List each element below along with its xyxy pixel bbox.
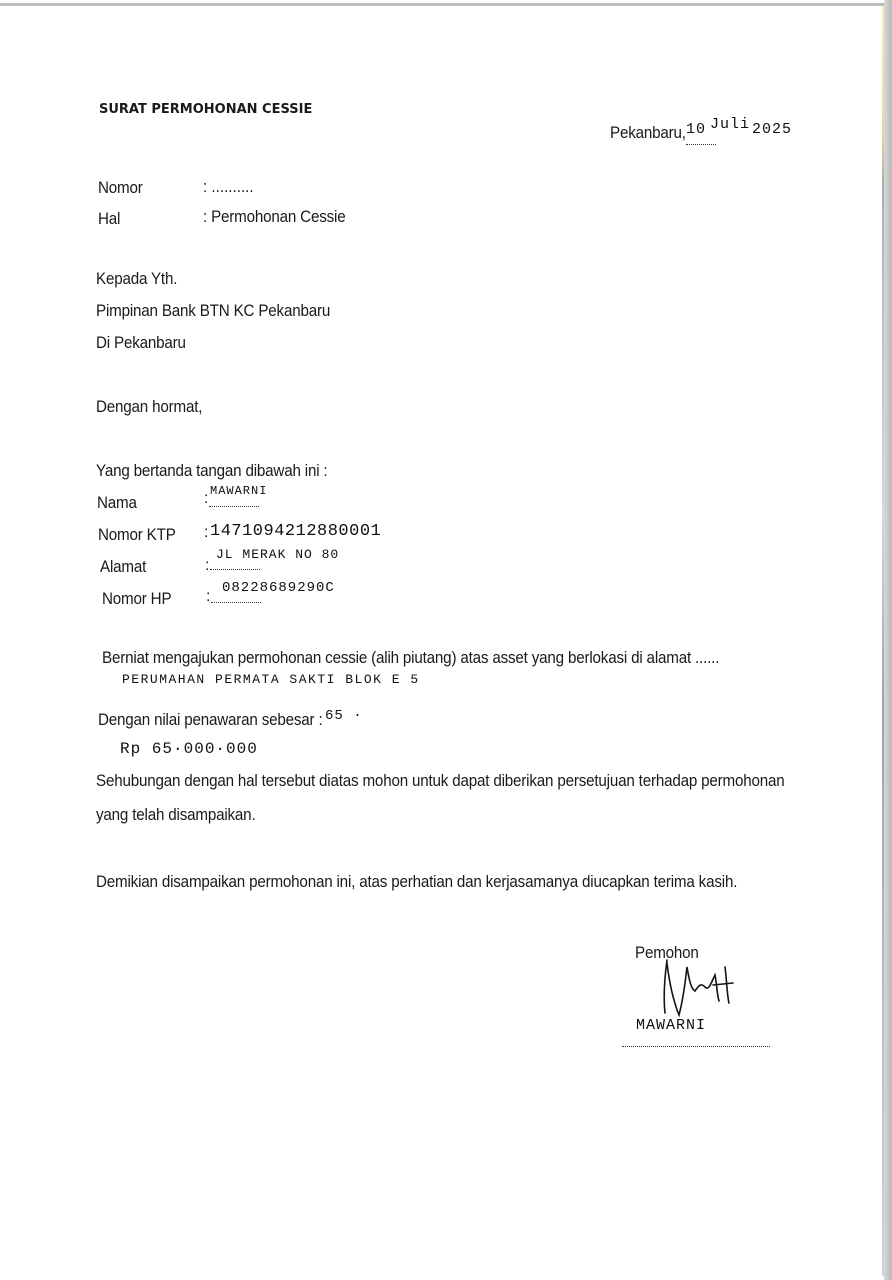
nomor-value: : .......... xyxy=(203,178,254,197)
date-dotted-line xyxy=(686,144,716,145)
ktp-value: 1471094212880001 xyxy=(210,522,381,541)
hp-colon: : xyxy=(206,588,210,606)
alamat-value: JL MERAK NO 80 xyxy=(216,547,339,562)
intent-text: Berniat mengajukan permohonan cessie (al… xyxy=(102,649,719,668)
ktp-colon: : xyxy=(204,524,208,542)
asset-address: PERUMAHAN PERMATA SAKTI BLOK E 5 xyxy=(122,672,420,687)
nama-colon: : xyxy=(204,490,208,508)
intro-text: Yang bertanda tangan dibawah ini : xyxy=(96,462,327,481)
hp-dotted-line xyxy=(211,602,261,603)
alamat-dotted-line xyxy=(210,569,260,570)
signature-name: MAWARNI xyxy=(636,1017,706,1034)
nama-dotted-line xyxy=(209,506,259,507)
alamat-label: Alamat xyxy=(100,558,146,577)
ktp-label: Nomor KTP xyxy=(98,526,176,545)
date-day: 10 xyxy=(686,121,706,138)
hp-value: 08228689290C xyxy=(222,580,335,596)
request-line-2: yang telah disampaikan. xyxy=(96,806,255,825)
nomor-label: Nomor xyxy=(98,179,143,198)
recipient-line-3: Di Pekanbaru xyxy=(96,334,186,353)
nama-label: Nama xyxy=(97,494,137,513)
salutation: Dengan hormat, xyxy=(96,398,202,417)
place-label: Pekanbaru, xyxy=(610,124,686,143)
signature-dotted-line xyxy=(622,1046,770,1047)
date-month: Juli xyxy=(710,116,750,133)
signature-icon xyxy=(655,955,745,1025)
hp-label: Nomor HP xyxy=(102,590,171,609)
recipient-line-1: Kepada Yth. xyxy=(96,270,177,289)
letter-title: SURAT PERMOHONAN CESSIE xyxy=(99,102,312,117)
offer-label: Dengan nilai penawaran sebesar : xyxy=(98,711,323,730)
date-year: 2025 xyxy=(752,121,792,138)
hal-value: : Permohonan Cessie xyxy=(203,208,345,227)
offer-amount: Rp 65·000·000 xyxy=(120,740,258,758)
nama-value: MAWARNI xyxy=(210,484,267,498)
closing-text: Demikian disampaikan permohonan ini, ata… xyxy=(96,873,737,892)
alamat-colon: : xyxy=(205,557,209,575)
page-top-edge xyxy=(0,3,892,6)
request-line-1: Sehubungan dengan hal tersebut diatas mo… xyxy=(96,772,785,791)
hal-label: Hal xyxy=(98,210,120,229)
offer-short: 65 · xyxy=(325,708,363,724)
recipient-line-2: Pimpinan Bank BTN KC Pekanbaru xyxy=(96,302,330,321)
page-right-edge xyxy=(884,0,892,1280)
